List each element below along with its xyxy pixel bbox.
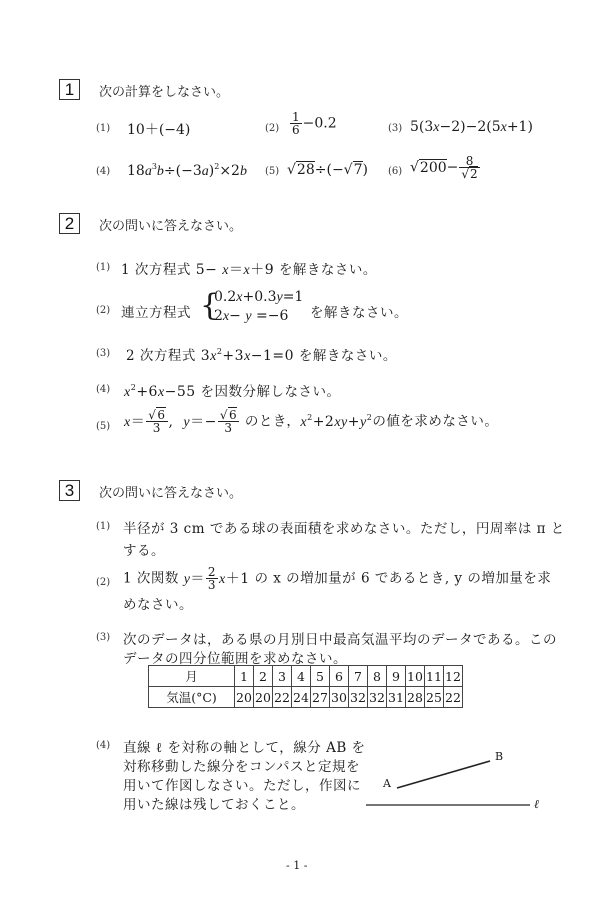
segment-ab <box>397 761 490 788</box>
geometry-figure <box>0 0 600 900</box>
page-number: - 1 - <box>286 859 307 872</box>
point-a-label: A <box>383 777 391 790</box>
line-l-label: ℓ <box>534 797 539 812</box>
point-b-label: B <box>495 750 503 763</box>
